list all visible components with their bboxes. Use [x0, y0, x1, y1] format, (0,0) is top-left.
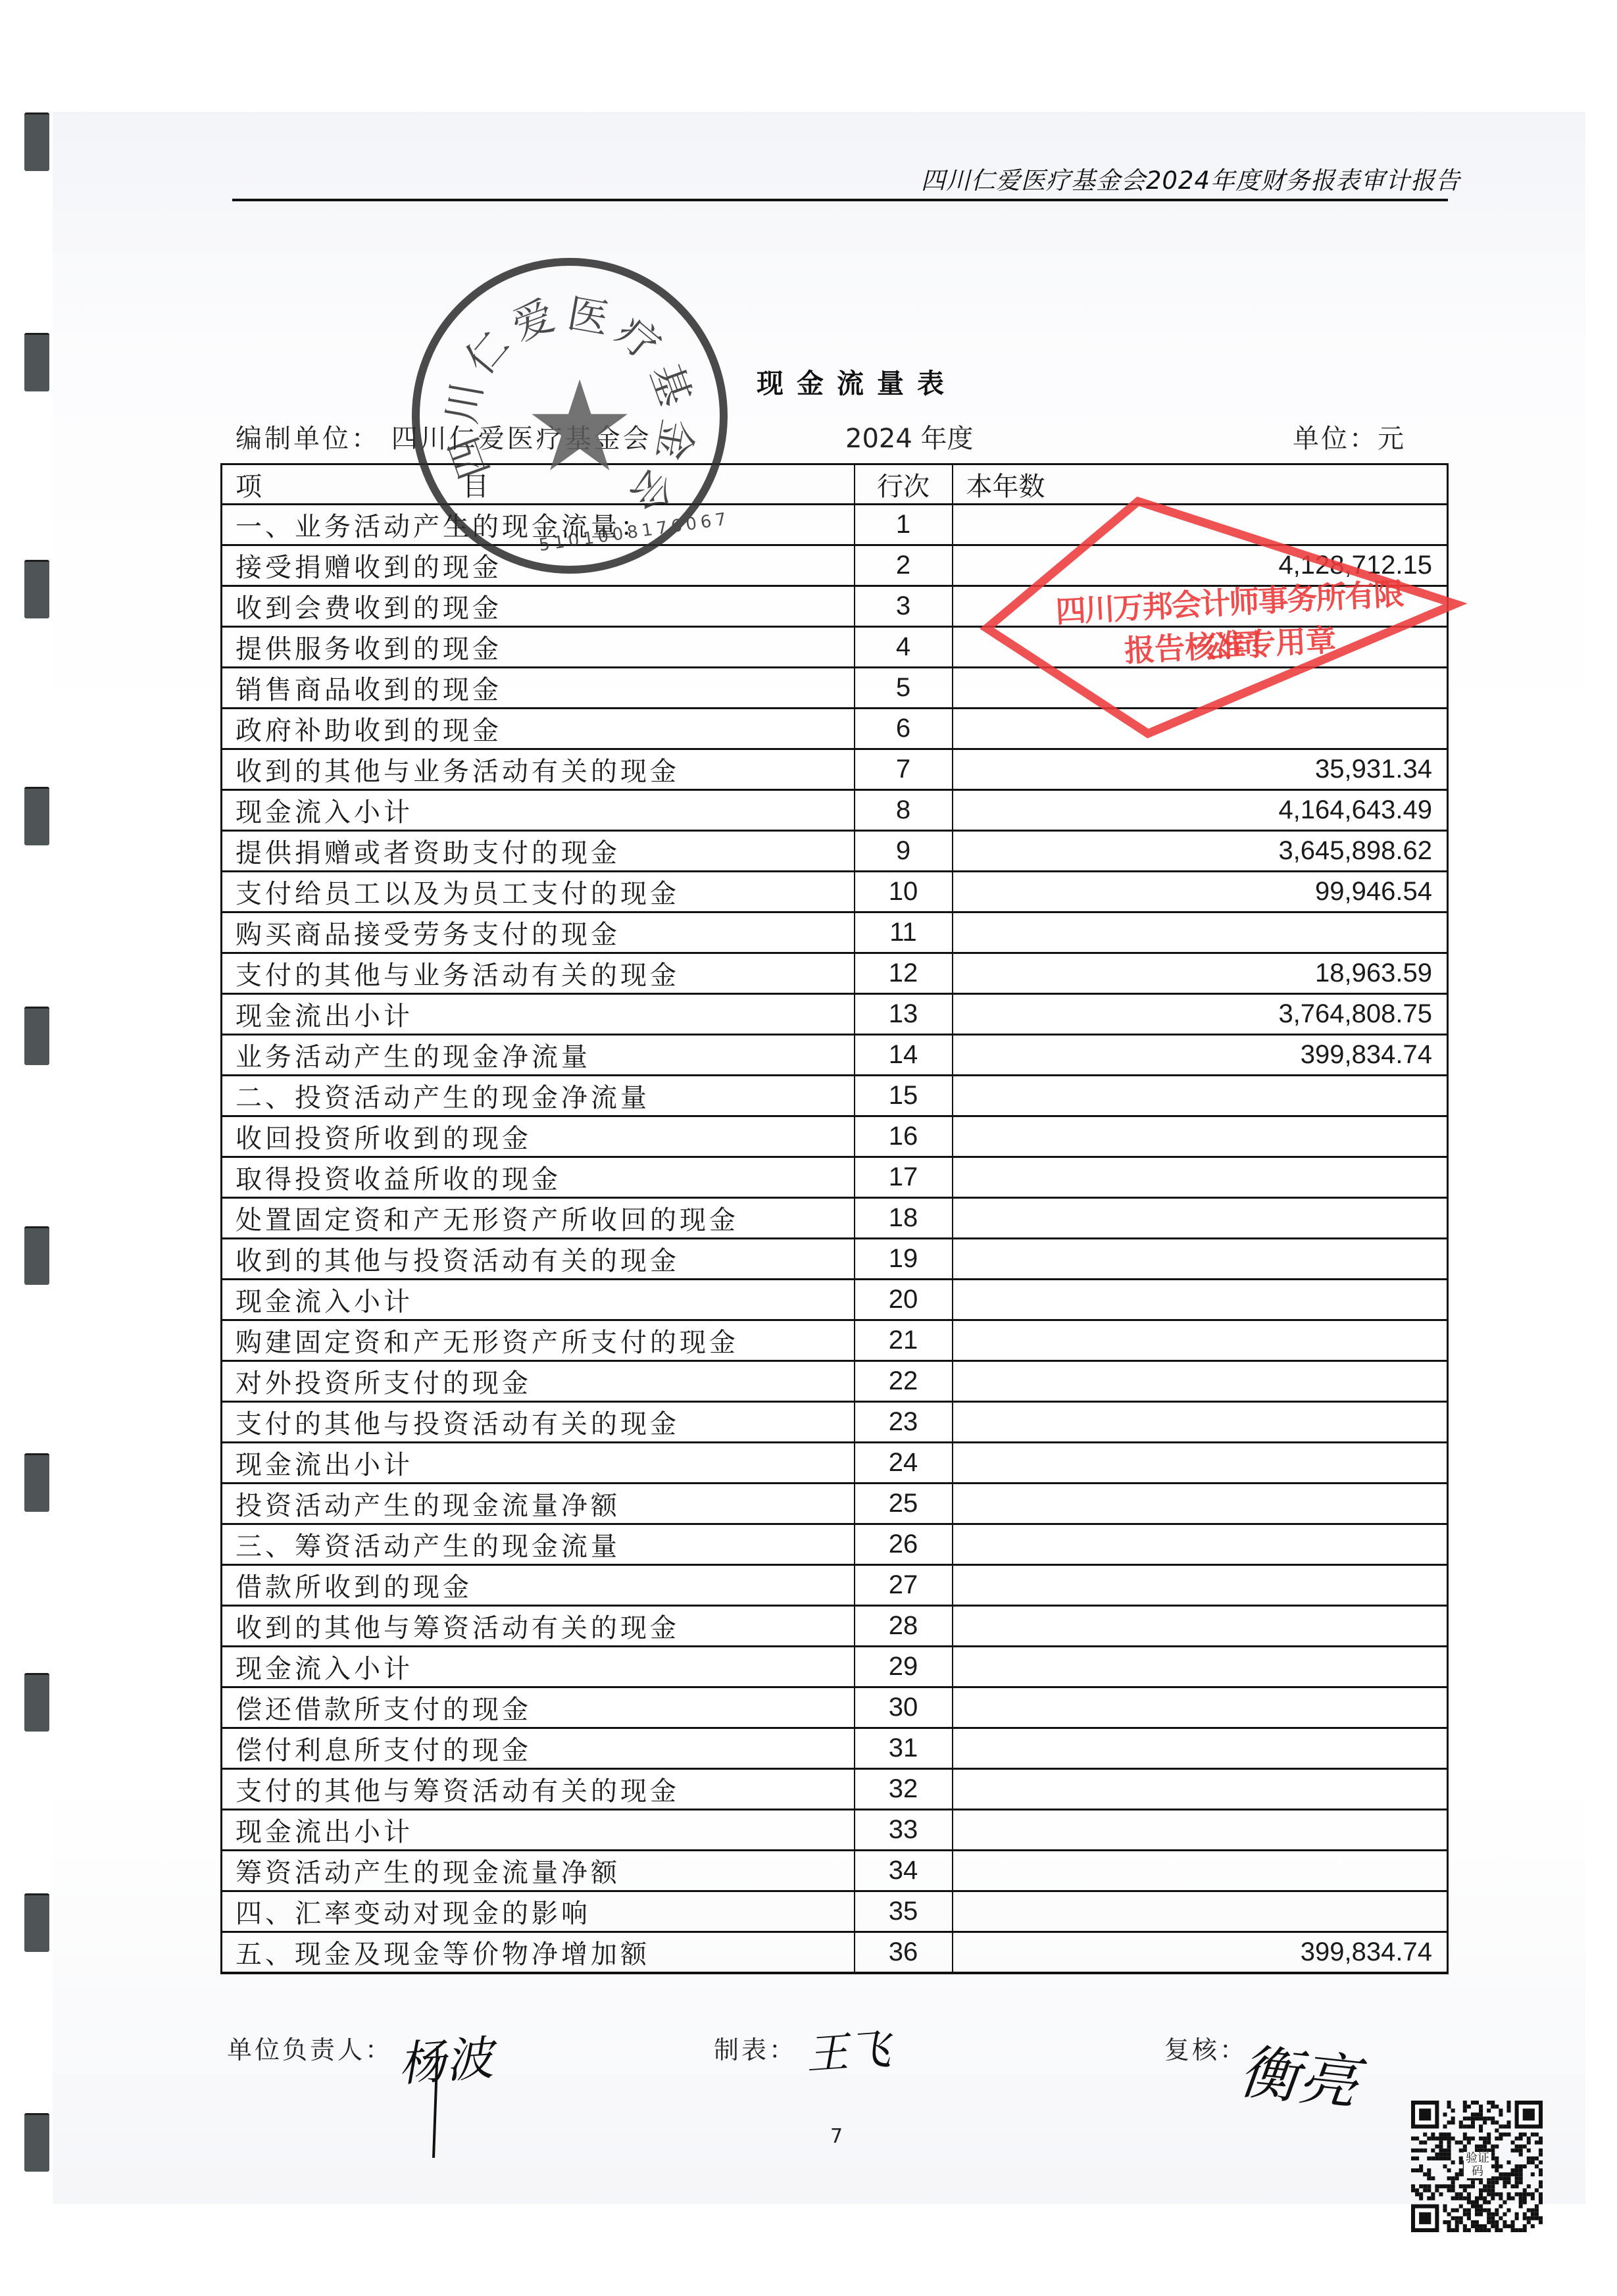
table-row: 支付给员工以及为员工支付的现金1099,946.54: [222, 872, 1448, 912]
row-line-no: 22: [855, 1361, 953, 1402]
row-item: 购买商品接受劳务支付的现金: [222, 912, 855, 953]
row-line-no: 2: [855, 545, 953, 586]
row-amount: 4,164,643.49: [953, 790, 1448, 831]
binding-hole: [24, 1893, 49, 1952]
row-amount: 18,963.59: [953, 953, 1448, 994]
row-item: 四、汇率变动对现金的影响: [222, 1891, 855, 1932]
row-amount: [953, 1606, 1448, 1647]
row-amount: [953, 1076, 1448, 1116]
row-item: 对外投资所支付的现金: [222, 1361, 855, 1402]
reviewer-signature: 衡亮: [1236, 2024, 1363, 2121]
table-row: 现金流出小计133,764,808.75: [222, 994, 1448, 1035]
binding-hole: [24, 1673, 49, 1732]
row-amount: [953, 1443, 1448, 1484]
seal-char: 医: [564, 280, 614, 345]
row-item: 处置固定资和产无形资产所收回的现金: [222, 1198, 855, 1239]
table-row: 偿付利息所支付的现金31: [222, 1728, 1448, 1769]
seal-char: 四: [432, 430, 501, 489]
row-item: 投资活动产生的现金流量净额: [222, 1484, 855, 1524]
row-line-no: 19: [855, 1239, 953, 1280]
row-amount: 99,946.54: [953, 872, 1448, 912]
row-line-no: 35: [855, 1891, 953, 1932]
row-line-no: 14: [855, 1035, 953, 1076]
preparer-label: 制表：: [714, 2030, 797, 2066]
row-line-no: 5: [855, 668, 953, 709]
binding-hole: [24, 1453, 49, 1512]
row-line-no: 34: [855, 1851, 953, 1891]
table-row: 支付的其他与业务活动有关的现金1218,963.59: [222, 953, 1448, 994]
row-item: 政府补助收到的现金: [222, 709, 855, 749]
table-row: 支付的其他与筹资活动有关的现金32: [222, 1769, 1448, 1810]
organization-seal: ★ 四川仁爱医疗基金会 5101008176067: [412, 258, 728, 574]
row-line-no: 30: [855, 1687, 953, 1728]
table-row: 现金流入小计20: [222, 1280, 1448, 1320]
table-row: 筹资活动产生的现金流量净额34: [222, 1851, 1448, 1891]
row-item: 支付给员工以及为员工支付的现金: [222, 872, 855, 912]
table-row: 四、汇率变动对现金的影响35: [222, 1891, 1448, 1932]
row-item: 偿付利息所支付的现金: [222, 1728, 855, 1769]
row-amount: [953, 912, 1448, 953]
row-amount: [953, 1157, 1448, 1198]
table-row: 三、筹资活动产生的现金流量26: [222, 1524, 1448, 1565]
preparing-unit-label: 编制单位：: [236, 424, 380, 454]
row-item: 现金流出小计: [222, 1810, 855, 1851]
table-row: 收到的其他与业务活动有关的现金735,931.34: [222, 749, 1448, 790]
row-amount: [953, 1810, 1448, 1851]
qr-label: 验证码: [1464, 2152, 1491, 2178]
row-amount: [953, 1402, 1448, 1443]
table-row: 业务活动产生的现金净流量14399,834.74: [222, 1035, 1448, 1076]
row-line-no: 33: [855, 1810, 953, 1851]
table-row: 现金流入小计29: [222, 1647, 1448, 1687]
table-row: 对外投资所支付的现金22: [222, 1361, 1448, 1402]
row-item: 销售商品收到的现金: [222, 668, 855, 709]
row-amount: 3,645,898.62: [953, 831, 1448, 872]
row-line-no: 3: [855, 586, 953, 627]
row-item: 筹资活动产生的现金流量净额: [222, 1851, 855, 1891]
row-item: 收回投资所收到的现金: [222, 1116, 855, 1157]
seal-char: 金: [646, 415, 710, 466]
row-amount: [953, 1647, 1448, 1687]
binding-hole: [24, 112, 49, 171]
unit-head-label: 单位负责人：: [227, 2030, 393, 2066]
row-item: 提供服务收到的现金: [222, 627, 855, 668]
running-header: 四川仁爱医疗基金会2024年度财务报表审计报告: [895, 161, 1460, 196]
row-item: 支付的其他与筹资活动有关的现金: [222, 1769, 855, 1810]
row-amount: [953, 1361, 1448, 1402]
seal-char: 仁: [449, 316, 520, 385]
table-row: 五、现金及现金等价物净增加额36399,834.74: [222, 1932, 1448, 1974]
row-line-no: 23: [855, 1402, 953, 1443]
row-line-no: 6: [855, 709, 953, 749]
row-line-no: 13: [855, 994, 953, 1035]
row-line-no: 1: [855, 505, 953, 545]
row-amount: [953, 1687, 1448, 1728]
row-item: 二、投资活动产生的现金净流量: [222, 1076, 855, 1116]
row-line-no: 9: [855, 831, 953, 872]
binding-hole: [24, 560, 49, 618]
table-row: 现金流入小计84,164,643.49: [222, 790, 1448, 831]
table-row: 购建固定资和产无形资产所支付的现金21: [222, 1320, 1448, 1361]
row-amount: [953, 1116, 1448, 1157]
verification-qr-code[interactable]: 验证码: [1411, 2101, 1543, 2232]
row-line-no: 31: [855, 1728, 953, 1769]
table-row: 收到的其他与投资活动有关的现金19: [222, 1239, 1448, 1280]
row-amount: 399,834.74: [953, 1035, 1448, 1076]
seal-char: 爱: [503, 283, 561, 352]
row-amount: [953, 1239, 1448, 1280]
row-amount: 399,834.74: [953, 1932, 1448, 1974]
document-title: 现金流量表: [757, 362, 957, 401]
report-period: 2024 年度: [845, 418, 974, 455]
row-item: 现金流入小计: [222, 1647, 855, 1687]
row-amount: [953, 1280, 1448, 1320]
row-item: 购建固定资和产无形资产所支付的现金: [222, 1320, 855, 1361]
row-item: 支付的其他与业务活动有关的现金: [222, 953, 855, 994]
row-amount: [953, 1198, 1448, 1239]
row-amount: [953, 1484, 1448, 1524]
row-line-no: 12: [855, 953, 953, 994]
row-line-no: 17: [855, 1157, 953, 1198]
row-line-no: 28: [855, 1606, 953, 1647]
audit-approval-seal: 四川万邦会计师事务所有限公司 报告核准专用章: [974, 487, 1474, 750]
row-item: 现金流入小计: [222, 790, 855, 831]
row-item: 收到会费收到的现金: [222, 586, 855, 627]
table-row: 投资活动产生的现金流量净额25: [222, 1484, 1448, 1524]
row-item: 借款所收到的现金: [222, 1565, 855, 1606]
row-item: 提供捐赠或者资助支付的现金: [222, 831, 855, 872]
row-line-no: 7: [855, 749, 953, 790]
row-amount: [953, 1891, 1448, 1932]
page-number: 7: [830, 2125, 843, 2148]
row-item: 三、筹资活动产生的现金流量: [222, 1524, 855, 1565]
row-line-no: 25: [855, 1484, 953, 1524]
binding-hole: [24, 2113, 49, 2172]
row-amount: [953, 1851, 1448, 1891]
row-amount: [953, 1728, 1448, 1769]
row-item: 现金流出小计: [222, 1443, 855, 1484]
row-amount: 35,931.34: [953, 749, 1448, 790]
row-line-no: 32: [855, 1769, 953, 1810]
row-item: 现金流入小计: [222, 1280, 855, 1320]
row-amount: 3,764,808.75: [953, 994, 1448, 1035]
row-item: 五、现金及现金等价物净增加额: [222, 1932, 855, 1974]
row-amount: [953, 1320, 1448, 1361]
row-line-no: 27: [855, 1565, 953, 1606]
row-item: 收到的其他与投资活动有关的现金: [222, 1239, 855, 1280]
row-amount: [953, 1565, 1448, 1606]
row-line-no: 26: [855, 1524, 953, 1565]
table-row: 提供捐赠或者资助支付的现金93,645,898.62: [222, 831, 1448, 872]
table-row: 取得投资收益所收的现金17: [222, 1157, 1448, 1198]
binding-hole: [24, 333, 49, 391]
row-item: 收到的其他与筹资活动有关的现金: [222, 1606, 855, 1647]
table-row: 处置固定资和产无形资产所收回的现金18: [222, 1198, 1448, 1239]
row-amount: [953, 1524, 1448, 1565]
table-row: 现金流出小计24: [222, 1443, 1448, 1484]
row-line-no: 21: [855, 1320, 953, 1361]
table-row: 收回投资所收到的现金16: [222, 1116, 1448, 1157]
table-row: 支付的其他与投资活动有关的现金23: [222, 1402, 1448, 1443]
row-line-no: 4: [855, 627, 953, 668]
unit-head-signature: 杨波: [396, 2020, 495, 2095]
row-line-no: 10: [855, 872, 953, 912]
row-line-no: 29: [855, 1647, 953, 1687]
binding-hole: [24, 1226, 49, 1285]
row-line-no: 24: [855, 1443, 953, 1484]
header-divider: [232, 199, 1448, 201]
preparer-signature: 王飞: [804, 2016, 892, 2082]
seal-char: 川: [428, 377, 493, 428]
table-row: 偿还借款所支付的现金30: [222, 1687, 1448, 1728]
row-line-no: 20: [855, 1280, 953, 1320]
row-amount: [953, 1769, 1448, 1810]
seal-char: 基: [639, 355, 708, 413]
row-line-no: 8: [855, 790, 953, 831]
table-row: 借款所收到的现金27: [222, 1565, 1448, 1606]
row-line-no: 16: [855, 1116, 953, 1157]
row-line-no: 18: [855, 1198, 953, 1239]
row-item: 收到的其他与业务活动有关的现金: [222, 749, 855, 790]
row-item: 现金流出小计: [222, 994, 855, 1035]
table-row: 购买商品接受劳务支付的现金11: [222, 912, 1448, 953]
binding-hole: [24, 787, 49, 845]
row-line-no: 11: [855, 912, 953, 953]
row-item: 取得投资收益所收的现金: [222, 1157, 855, 1198]
header-line-no: 行次: [855, 464, 953, 505]
binding-hole: [24, 1007, 49, 1065]
row-item: 偿还借款所支付的现金: [222, 1687, 855, 1728]
reviewer-label: 复核：: [1164, 2030, 1247, 2066]
table-row: 现金流出小计33: [222, 1810, 1448, 1851]
row-item: 支付的其他与投资活动有关的现金: [222, 1402, 855, 1443]
currency-unit: 单位：元: [1293, 418, 1406, 455]
row-item: 业务活动产生的现金净流量: [222, 1035, 855, 1076]
table-row: 二、投资活动产生的现金净流量15: [222, 1076, 1448, 1116]
seal-star-icon: ★: [524, 364, 635, 489]
row-line-no: 36: [855, 1932, 953, 1974]
row-line-no: 15: [855, 1076, 953, 1116]
table-row: 收到的其他与筹资活动有关的现金28: [222, 1606, 1448, 1647]
